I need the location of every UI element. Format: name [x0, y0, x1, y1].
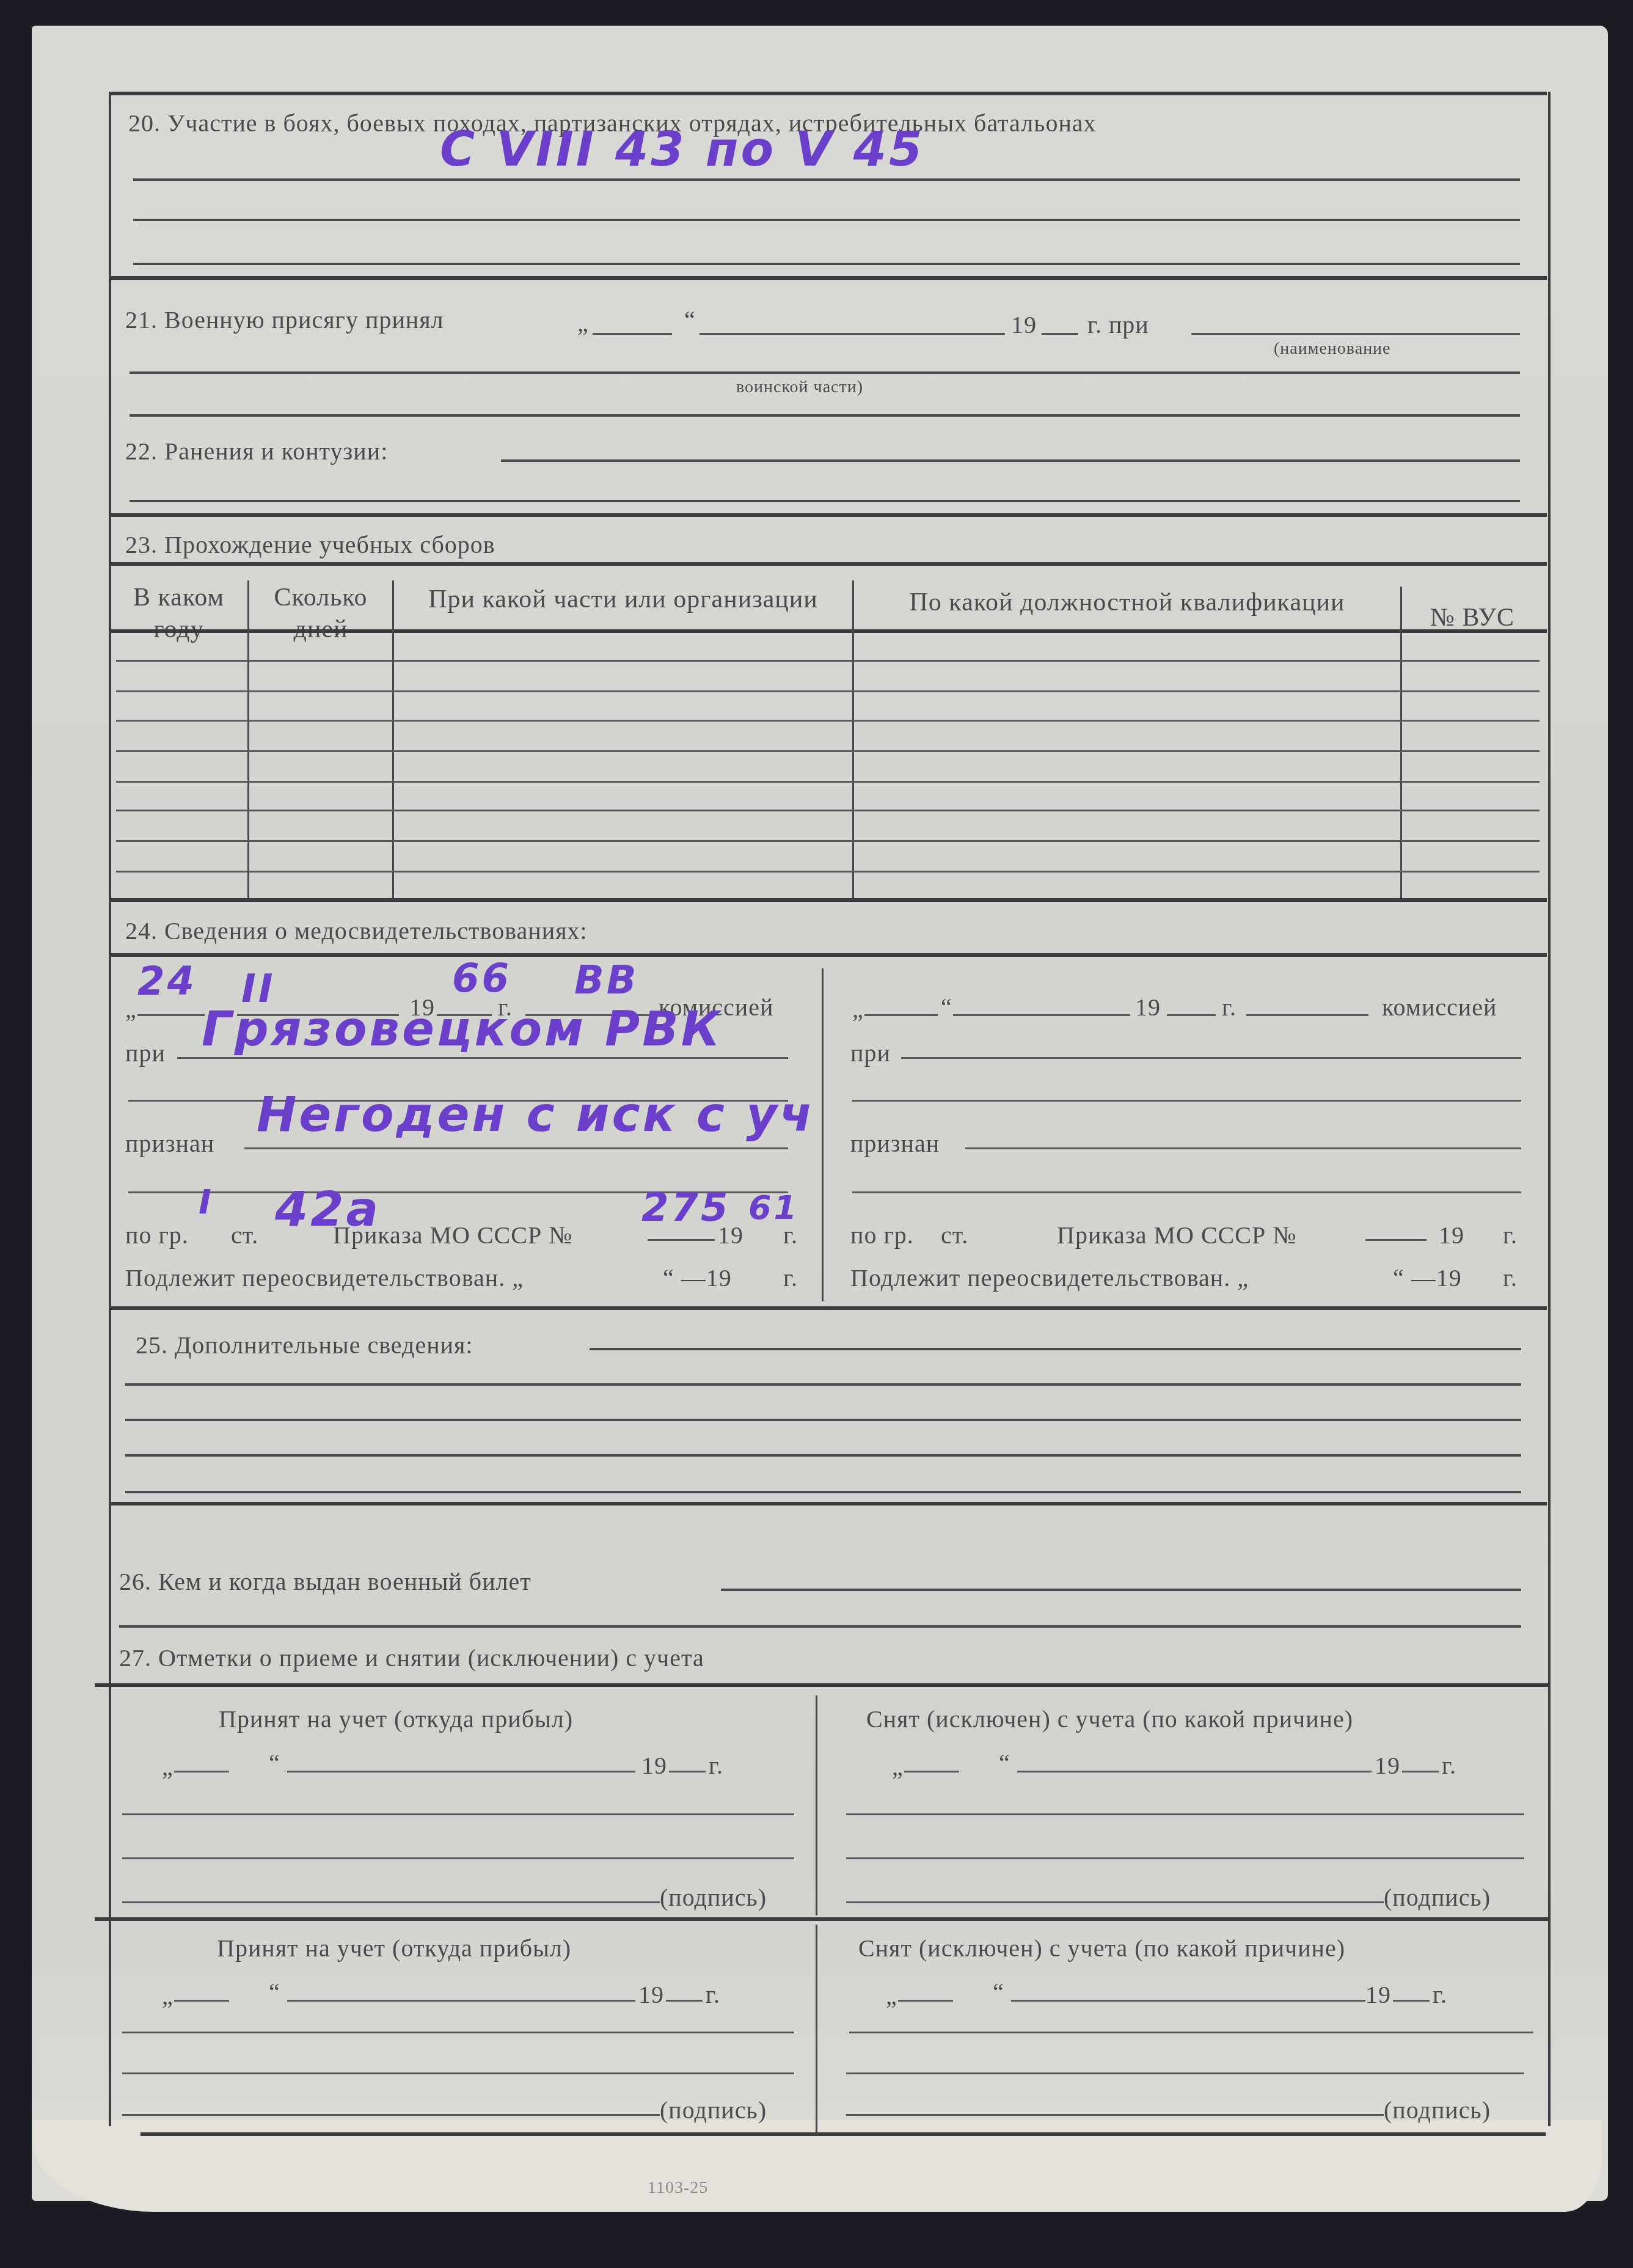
s24l-priznan-field[interactable] [244, 1147, 788, 1149]
s25-line-3[interactable] [125, 1419, 1521, 1421]
s27b2l-signature: (подпись) [660, 2096, 767, 2124]
s27b2r-line-3[interactable] [846, 2072, 1524, 2074]
s27b1r-day[interactable] [904, 1771, 959, 1772]
s24r-month-field[interactable] [953, 1014, 1130, 1016]
table-row[interactable] [116, 810, 1540, 811]
s20-line-2 [133, 219, 1520, 221]
s23-col-divider-3 [852, 580, 854, 898]
s27b2r-day[interactable] [898, 2000, 953, 2002]
s23-header-bottom [111, 629, 1547, 633]
s24-label: 24. Сведения о медосвидетельствованиях: [125, 916, 588, 945]
table-row[interactable] [116, 690, 1540, 692]
s27b1l-year: 19 [641, 1751, 667, 1780]
s27b2l-line-2[interactable] [122, 2032, 794, 2033]
s24l-podlezhit-g: г. [783, 1264, 798, 1292]
s23-table-bottom [111, 898, 1547, 902]
s26-label: 26. Кем и когда выдан военный билет [119, 1567, 532, 1596]
s27b1l-month[interactable] [287, 1771, 635, 1772]
s27b2l-signature-line[interactable] [122, 2114, 660, 2116]
s20-handwritten-period[interactable]: С VIII 43 по V 45 [440, 122, 924, 177]
s24l-podlezhit-year: “ —19 [663, 1264, 732, 1292]
s25-separator [111, 1502, 1547, 1505]
s21-note-1: (наименование [1274, 339, 1391, 359]
table-row[interactable] [116, 840, 1540, 842]
s27b1r-year: 19 [1375, 1751, 1400, 1780]
s24r-order-year-prefix: 19 [1439, 1221, 1464, 1249]
s24l-day-field[interactable] [137, 1014, 205, 1016]
s27b1r-g: г. [1442, 1751, 1456, 1780]
s24r-podlezhit-year: “ —19 [1393, 1264, 1462, 1292]
s24r-podlezhit: Подлежит переосвидетельствован. „ [850, 1264, 1249, 1292]
s24r-order-field[interactable] [1365, 1239, 1427, 1241]
s27b1l-day[interactable] [174, 1771, 229, 1772]
s23-table-top [111, 562, 1547, 566]
s24r-po-gr: по гр. [850, 1221, 914, 1249]
s22-separator [111, 513, 1547, 517]
s27b1l-line-3[interactable] [122, 1857, 794, 1859]
s27b1r-year-field[interactable] [1402, 1771, 1439, 1772]
s25-label: 25. Дополнительные сведения: [136, 1331, 473, 1359]
table-row[interactable] [116, 871, 1540, 872]
s24r-st: ст. [941, 1221, 968, 1249]
s27b2r-year-field[interactable] [1393, 2000, 1430, 2002]
s24r-priznan-field[interactable] [965, 1147, 1521, 1149]
s27-label: 27. Отметки о приеме и снятии (исключени… [119, 1644, 704, 1672]
s24r-priznan: признан [850, 1129, 940, 1158]
s24l-order-field[interactable] [648, 1239, 715, 1241]
s24r-day-field[interactable] [864, 1014, 938, 1016]
s25-line-4[interactable] [125, 1454, 1521, 1457]
top-border [111, 92, 1547, 95]
s23-label: 23. Прохождение учебных сборов [125, 530, 495, 559]
s20-separator [111, 276, 1547, 280]
s27b2r-line-2[interactable] [849, 2032, 1533, 2033]
bottom-border [141, 2132, 1546, 2136]
s23-col-days: Сколько дней [250, 582, 391, 645]
s24l-pri-field[interactable] [177, 1057, 788, 1059]
s21-line-2 [130, 371, 1520, 374]
s27b2r-month[interactable] [1011, 2000, 1365, 2002]
s24-header-line [111, 953, 1547, 957]
s21-year-field[interactable] [1042, 333, 1078, 335]
s27b2l-year: 19 [638, 1980, 664, 2009]
s21-quote-open: „ [577, 309, 589, 337]
s24-divider [822, 968, 824, 1301]
s27b2l-year-field[interactable] [666, 2000, 703, 2002]
s27-divider-2 [816, 1925, 817, 2132]
s24l-hw-commission[interactable]: ВВ [574, 958, 639, 1003]
s27b1-right-title: Снят (исключен) с учета (по какой причин… [866, 1705, 1353, 1733]
s27b2r-signature: (подпись) [1384, 2096, 1491, 2124]
s24r-commission-field[interactable] [1246, 1014, 1368, 1016]
s25-line-1[interactable] [590, 1348, 1521, 1350]
s23-col-divider-1 [247, 580, 249, 898]
s27b2r-g: г. [1433, 1980, 1447, 2009]
s21-label: 21. Военную присягу принял [125, 305, 444, 334]
s25-line-2[interactable] [125, 1383, 1521, 1386]
s27b1r-line-2[interactable] [846, 1813, 1524, 1815]
s20-line-1 [133, 178, 1520, 181]
s24l-po-gr: по гр. [125, 1221, 189, 1249]
s27b1l-g: г. [709, 1751, 723, 1780]
s24r-pri: при [850, 1039, 891, 1067]
s24l-hw-gr[interactable]: I [199, 1182, 214, 1222]
s27b1r-signature: (подпись) [1384, 1883, 1491, 1912]
s27-header-line [95, 1683, 1549, 1687]
s24l-prikaz: Приказа МО СССР № [333, 1221, 572, 1249]
s21-year-prefix: 19 [1011, 310, 1037, 339]
s24r-komissiey: комиссией [1382, 993, 1497, 1022]
s24r-prikaz: Приказа МО СССР № [1057, 1221, 1296, 1249]
s27b2-left-title: Принят на учет (откуда прибыл) [217, 1934, 571, 1963]
table-row[interactable] [116, 781, 1540, 783]
s27b2l-month[interactable] [287, 2000, 635, 2002]
s23-col-divider-4 [1400, 587, 1402, 898]
s24l-pri: при [125, 1039, 166, 1067]
s27-block-separator [95, 1917, 1549, 1921]
s24r-g: г. [1222, 993, 1237, 1022]
s22-line-1[interactable] [501, 459, 1520, 462]
s27b1-left-title: Принят на учет (откуда прибыл) [219, 1705, 573, 1733]
s23-col-divider-2 [392, 580, 394, 898]
s24l-hw-day[interactable]: 24 [137, 959, 197, 1004]
s24r-order-g: г. [1503, 1221, 1518, 1249]
s27b1r-month[interactable] [1017, 1771, 1372, 1772]
s24r-year-field[interactable] [1167, 1014, 1216, 1016]
table-row[interactable] [116, 660, 1540, 662]
s24l-hw-pri[interactable]: Грязовецком РВК [202, 1002, 722, 1057]
s27b1r-signature-line[interactable] [846, 1901, 1384, 1903]
s24r-podlezhit-g: г. [1503, 1264, 1518, 1292]
s22-line-2[interactable] [130, 500, 1520, 502]
s27b2l-day[interactable] [174, 2000, 229, 2002]
s24l-st: ст. [231, 1221, 258, 1249]
s26-line-2[interactable] [119, 1625, 1521, 1628]
s21-unit-field[interactable] [1191, 333, 1520, 335]
s24r-year-prefix: 19 [1135, 993, 1161, 1022]
s24l-priznan: признан [125, 1129, 214, 1158]
s24r-pri-field[interactable] [901, 1057, 1521, 1059]
s24r-line-5[interactable] [852, 1191, 1521, 1193]
table-row[interactable] [116, 720, 1540, 722]
s22-label: 22. Ранения и контузии: [125, 437, 388, 466]
s27b1l-signature-line[interactable] [122, 1901, 660, 1903]
s23-col-unit: При какой части или организации [394, 583, 852, 615]
s27b2-right-title: Снят (исключен) с учета (по какой причин… [858, 1934, 1345, 1963]
s27b1l-line-2[interactable] [122, 1813, 794, 1815]
s27b2r-year: 19 [1365, 1980, 1391, 2009]
s25-line-5[interactable] [125, 1491, 1521, 1493]
s21-note-2: воинской части) [736, 378, 863, 397]
s27b1l-year-field[interactable] [669, 1771, 706, 1772]
s20-line-3 [133, 263, 1520, 265]
s24r-line-3[interactable] [852, 1100, 1521, 1102]
s27b1l-signature: (подпись) [660, 1883, 767, 1912]
print-code: 1103-25 [648, 2178, 708, 2198]
s27b2l-g: г. [706, 1980, 720, 2009]
s21-day-field[interactable] [593, 333, 672, 335]
s24l-hw-order-no[interactable]: 275 [641, 1185, 731, 1231]
s23-col-qualification: По какой должностной квалификации [855, 587, 1399, 618]
s21-line-3 [130, 414, 1520, 417]
s21-year-suffix: г. при [1087, 310, 1149, 339]
table-row[interactable] [116, 750, 1540, 752]
s27b2r-signature-line[interactable] [846, 2114, 1384, 2116]
s21-quote-close: “ [684, 305, 696, 334]
s23-col-year: В каком году [110, 582, 247, 645]
s24l-order-year-prefix: 19 [718, 1221, 743, 1249]
s21-month-field[interactable] [700, 333, 1005, 335]
s24l-podlezhit: Подлежит переосвидетельствован. „ [125, 1264, 524, 1292]
s24l-hw-priznan[interactable]: Негоден с иск с уч [257, 1088, 815, 1143]
s27b1r-line-3[interactable] [846, 1857, 1524, 1859]
s27b2l-line-3[interactable] [122, 2072, 794, 2074]
s26-line-1[interactable] [721, 1589, 1521, 1591]
s24-separator [111, 1306, 1547, 1310]
s27-divider-1 [816, 1696, 817, 1915]
s24l-order-g: г. [783, 1221, 798, 1249]
